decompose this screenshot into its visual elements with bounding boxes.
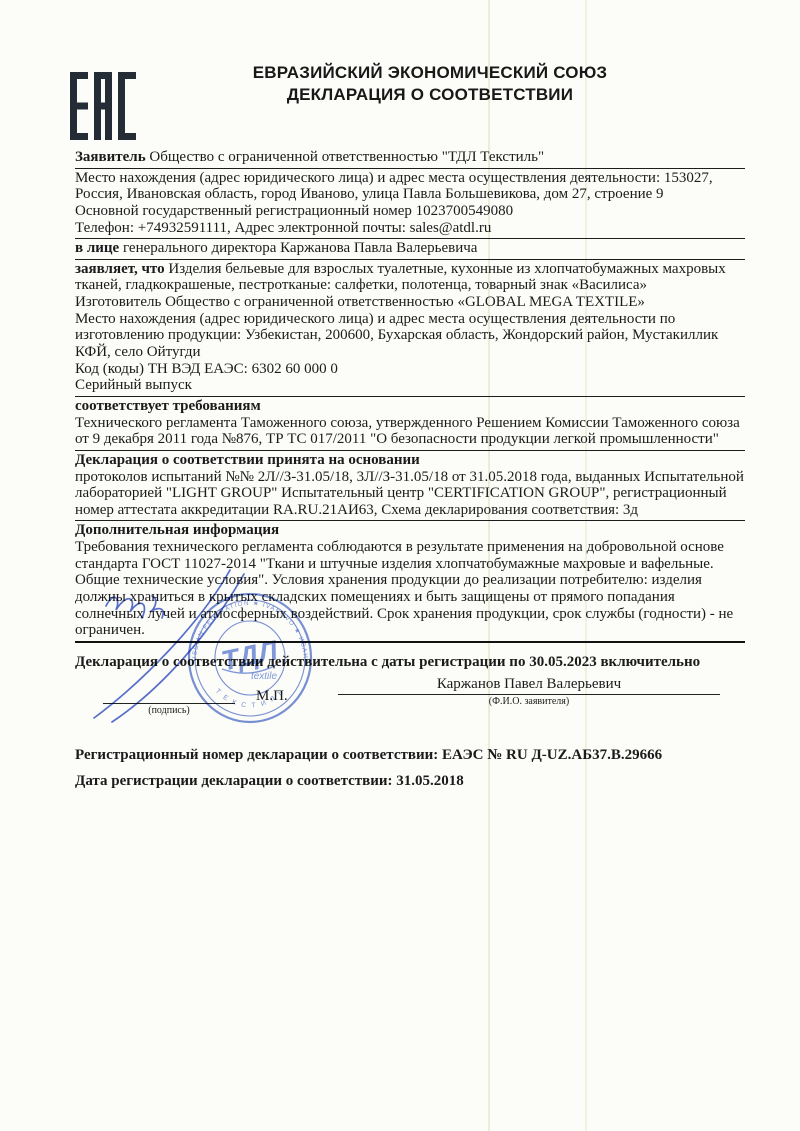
applicant-contacts: Телефон: +74932591111, Адрес электронной… <box>75 220 745 237</box>
title-union: ЕВРАЗИЙСКИЙ ЭКОНОМИЧЕСКИЙ СОЮЗ <box>170 62 690 84</box>
product-description: Изделия бельевые для взрослых туалетные,… <box>75 261 726 294</box>
release-type: Серийный выпуск <box>75 377 745 394</box>
registration-number: Регистрационный номер декларации о соотв… <box>75 747 745 764</box>
representative-row: в лице генерального директора Каржанова … <box>75 239 745 260</box>
title-declaration: ДЕКЛАРАЦИЯ О СООТВЕТСТВИИ <box>170 84 690 106</box>
additional-info-label: Дополнительная информация <box>75 522 279 538</box>
applicant-address: Место нахождения (адрес юридического лиц… <box>75 170 745 203</box>
document-title: ЕВРАЗИЙСКИЙ ЭКОНОМИЧЕСКИЙ СОЮЗ ДЕКЛАРАЦИ… <box>170 62 690 107</box>
company-stamp: ★ RUSSIAN FEDERATION ★ IVANOVO ★ ИВАНОВО… <box>186 591 314 725</box>
applicant-label: Заявитель <box>75 149 146 165</box>
compliance-row: соответствует требованиям Технического р… <box>75 397 745 451</box>
signer-name: Каржанов Павел Валерьевич <box>338 676 720 693</box>
eac-mark-icon <box>70 72 136 140</box>
signer-name-caption: (Ф.И.О. заявителя) <box>338 695 720 707</box>
declaration-document: ЕВРАЗИЙСКИЙ ЭКОНОМИЧЕСКИЙ СОЮЗ ДЕКЛАРАЦИ… <box>0 0 800 1131</box>
manufacturer: Изготовитель Общество с ограниченной отв… <box>75 294 745 311</box>
representative-text: генерального директора Каржанова Павла В… <box>123 240 477 256</box>
compliance-label: соответствует требованиям <box>75 398 261 414</box>
applicant-name: Общество с ограниченной ответственностью… <box>149 149 544 165</box>
stamp-ring-text-bottom: Т Е К С Т И Л Ь <box>214 688 286 710</box>
basis-row: Декларация о соответствии принята на осн… <box>75 451 745 522</box>
tnved-code: Код (коды) ТН ВЭД ЕАЭС: 6302 60 000 0 <box>75 361 745 378</box>
svg-text:Т Е К С Т И Л Ь: Т Е К С Т И Л Ь <box>214 688 286 710</box>
basis-label: Декларация о соответствии принята на осн… <box>75 452 420 468</box>
applicant-ogrn: Основной государственный регистрационный… <box>75 203 745 220</box>
manufacturer-address: Место нахождения (адрес юридического лиц… <box>75 311 745 361</box>
applicant-row: Заявитель Общество с ограниченной ответс… <box>75 148 745 169</box>
signer-name-block: Каржанов Павел Валерьевич (Ф.И.О. заявит… <box>338 676 720 708</box>
representative-label: в лице <box>75 240 119 256</box>
compliance-text: Технического регламента Таможенного союз… <box>75 415 745 448</box>
registration-date: Дата регистрации декларации о соответств… <box>75 773 745 790</box>
applicant-details-row: Место нахождения (адрес юридического лиц… <box>75 169 745 240</box>
basis-text: протоколов испытаний №№ 2Л//З-31.05/18, … <box>75 469 745 519</box>
declares-label: заявляет, что <box>75 261 165 277</box>
declaration-row: заявляет, что Изделия бельевые для взрос… <box>75 260 745 397</box>
